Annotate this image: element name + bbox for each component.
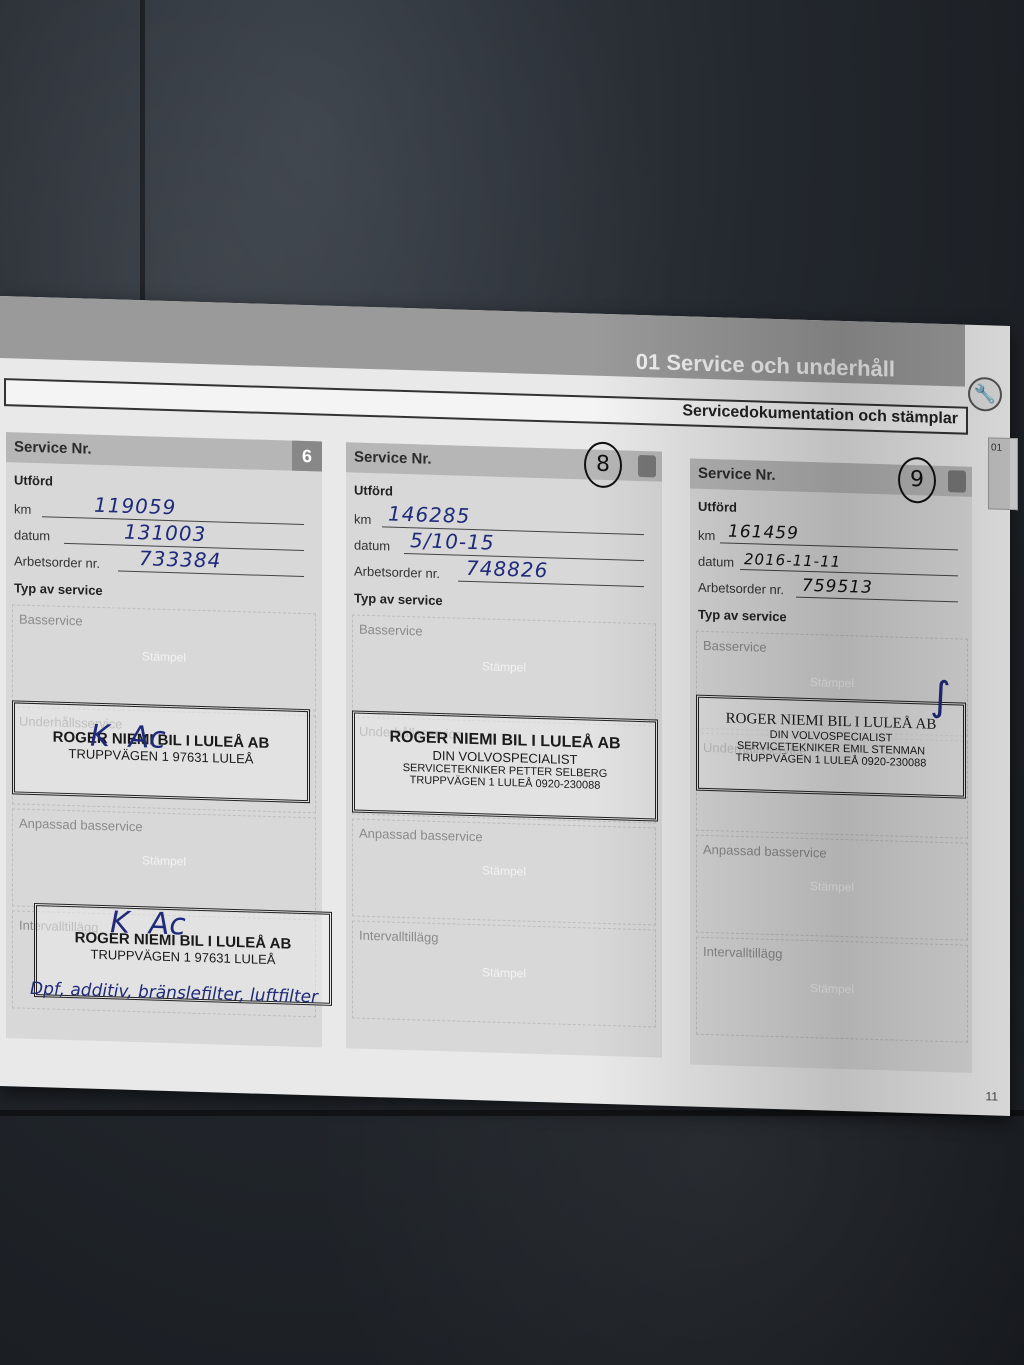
signature: ∫ (930, 674, 951, 721)
datum-value: 2016-11-11 (744, 550, 841, 571)
wrench-icon: 🔧 (968, 377, 1002, 412)
arbetsorder-value: 759513 (802, 576, 873, 598)
service-nr-label: Service Nr. (698, 465, 776, 484)
handwritten-service-number: 8 (584, 441, 622, 488)
utford-label: Utförd (14, 472, 53, 488)
km-value: 161459 (728, 522, 799, 544)
seat-seam (140, 0, 145, 300)
service-pictogram-icon (638, 455, 656, 478)
page-number: 11 (986, 1089, 998, 1103)
slot-anpassad: Anpassad basservice Stämpel (696, 835, 968, 941)
card-header: Service Nr. 9 (690, 458, 972, 496)
arbetsorder-value: 733384 (139, 546, 221, 572)
service-booklet-page: 01 Service och underhåll 🔧 Servicedokume… (0, 296, 1010, 1116)
slot-intervalltillagg: Intervalltillägg Stämpel (352, 920, 656, 1027)
dealer-stamp: ROGER NIEMI BIL I LULEÅ AB DIN VOLVOSPEC… (696, 695, 966, 799)
section-title: Servicedokumentation och stämplar (682, 402, 958, 428)
card-header: Service Nr. 8 (346, 442, 662, 481)
card-header: Service Nr. 6 (6, 432, 322, 471)
slot-intervalltillagg: Intervalltillägg Stämpel (696, 937, 968, 1043)
slot-basservice: Basservice Stämpel (352, 614, 656, 721)
slot-anpassad: Anpassad basservice Stämpel (12, 808, 316, 915)
datum-value: 5/10-15 (410, 528, 495, 555)
handwritten-service-number: 9 (898, 457, 936, 504)
km-value: 146285 (388, 502, 470, 528)
arbetsorder-value: 748826 (466, 556, 548, 582)
service-card-9: Service Nr. 9 Utförd km 161459 datum 201… (690, 458, 972, 1072)
slot-basservice: Basservice Stämpel (12, 604, 316, 711)
dealer-stamp: ROGER NIEMI BIL I LULEÅ AB DIN VOLVOSPEC… (352, 710, 658, 821)
typ-label: Typ av service (354, 591, 443, 609)
typ-label: Typ av service (698, 607, 787, 625)
datum-value: 131003 (124, 520, 206, 546)
utford-label: Utförd (354, 483, 393, 499)
chapter-side-tab: 01 (988, 437, 1018, 510)
arbetsorder-field: Arbetsorder nr. 759513 (698, 573, 958, 605)
service-number: 6 (292, 441, 322, 472)
slot-anpassad: Anpassad basservice Stämpel (352, 818, 656, 925)
service-card-8: Service Nr. 8 Utförd km 146285 datum 5/1… (346, 442, 662, 1057)
chapter-title: 01 Service och underhåll (636, 349, 895, 383)
service-nr-label: Service Nr. (354, 449, 432, 468)
signature: K Ac (90, 719, 166, 756)
service-pictogram-icon (948, 470, 966, 493)
service-card-6: Service Nr. 6 Utförd km 119059 datum 131… (6, 432, 322, 1047)
km-value: 119059 (94, 493, 176, 519)
section-header: Servicedokumentation och stämplar (4, 378, 968, 435)
typ-label: Typ av service (14, 580, 103, 598)
service-nr-label: Service Nr. (14, 438, 92, 457)
utford-label: Utförd (698, 499, 737, 515)
signature: K Ac (110, 905, 186, 942)
